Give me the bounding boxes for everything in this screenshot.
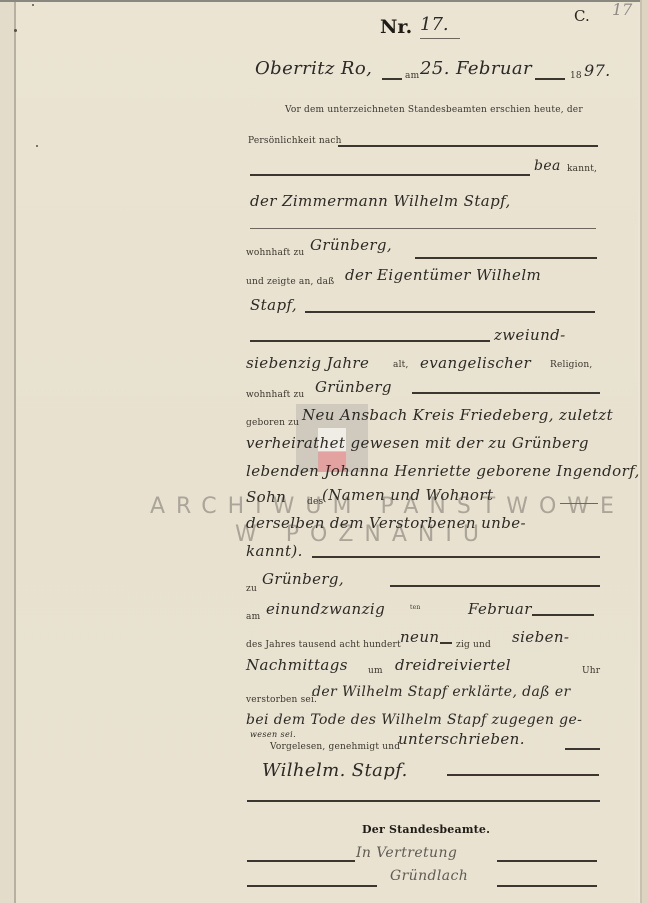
personality-label: Persönlichkeit nach (248, 136, 342, 146)
living-line-hand: lebenden Johanna Henriette geborene Inge… (246, 462, 640, 480)
son-printed: des (307, 497, 323, 507)
born-label: geboren zu (246, 418, 299, 428)
signed-rule (565, 748, 600, 750)
age-line-hand: siebenzig Jahre (246, 354, 369, 372)
informant-rule (250, 228, 596, 229)
residence2-rule (412, 392, 600, 394)
date-rule (535, 78, 565, 80)
intro-text: Vor dem unterzeichneten Standesbeamten e… (285, 105, 583, 115)
deceased-rule (305, 311, 595, 313)
deceased-line1-hand: der Eigentümer Wilhelm (345, 266, 541, 284)
residence-label: wohnhaft zu (246, 248, 304, 258)
personality-rule (338, 145, 598, 147)
year-suffix: 97. (584, 61, 611, 80)
year-printed-mid: zig und (456, 640, 491, 650)
am-label: am (405, 71, 419, 81)
age-rule (250, 340, 490, 342)
residence-hand: Grünberg, (310, 236, 392, 254)
registrar-title: Der Standesbeamte. (362, 823, 490, 836)
right-strip (642, 0, 648, 903)
paper-speck (32, 4, 34, 6)
parents-rule (560, 503, 598, 504)
death-place-rule (390, 585, 600, 587)
corner-letter: C. (574, 7, 590, 25)
paper-speck (14, 29, 17, 32)
death-month-rule (532, 614, 594, 616)
registrar2-rule-left (247, 885, 377, 887)
left-margin (0, 2, 14, 903)
signed-hand: unterschrieben. (398, 730, 525, 748)
death-day-label: am (246, 612, 260, 622)
parents-line3-rule (312, 556, 600, 558)
parents-line3-hand: kannt). (246, 542, 303, 560)
record-number-value: 17. (420, 14, 449, 35)
registrar-line2-hand: Gründlach (390, 868, 468, 884)
record-number-label: Nr. (380, 16, 412, 38)
died-printed: verstorben sei. (246, 695, 317, 705)
age-hand-end: zweiund- (494, 326, 566, 344)
number-rule (420, 38, 460, 39)
age-printed: alt, (393, 360, 409, 370)
known-hand: bea (534, 158, 561, 174)
registrar2-rule-right (497, 885, 597, 887)
declaration-line3-hand: wesen sei. (250, 730, 296, 739)
paper-speck (36, 145, 38, 147)
deceased-line2-hand: Stapf, (250, 296, 297, 314)
residence2-label: wohnhaft zu (246, 390, 304, 400)
registrar-line1-hand: In Vertretung (356, 845, 457, 861)
place-rule (382, 78, 402, 80)
known-printed: kannt, (567, 164, 597, 174)
death-day-suffix: ten (410, 604, 420, 611)
parents-line2-hand: derselben dem Verstorbenen unbe- (246, 514, 526, 532)
residence2-hand: Grünberg (315, 378, 392, 396)
declaration-line2-hand: bei dem Tode des Wilhelm Stapf zugegen g… (246, 712, 582, 728)
son-line-hand: Sohn (246, 488, 286, 506)
death-day-hand: einundzwanzig (266, 600, 385, 618)
time-hour-hand: dreidreiviertel (395, 656, 511, 674)
year-tens-rule (440, 642, 452, 644)
residence-rule (415, 257, 597, 259)
time-hand: Nachmittags (246, 656, 348, 674)
year-printed-prefix: des Jahres tausend acht hundert (246, 640, 401, 650)
year-hand-tens: neun (400, 628, 439, 646)
registrar-rule-left (247, 860, 355, 862)
parents-hand: (Namen und Wohnort (322, 486, 493, 504)
corner-pencil-number: 17 (612, 0, 632, 19)
signature-hand: Wilhelm. Stapf. (262, 760, 408, 781)
religion-printed: Religion, (550, 360, 592, 370)
declaration-hand: der Wilhelm Stapf erklärte, daß er (312, 684, 571, 700)
report-label: und zeigte an, daß (246, 277, 334, 287)
blank-rule (247, 800, 600, 802)
married-line-hand: verheirathet gewesen mit der zu Grünberg (246, 434, 589, 452)
year-prefix: 18 (570, 71, 582, 81)
time-printed: um (368, 666, 383, 676)
death-place-label: zu (246, 584, 257, 594)
read-label: Vorgelesen, genehmigt und (270, 742, 400, 752)
signature-rule (447, 774, 599, 776)
place-hand: Oberritz Ro, (255, 58, 372, 79)
death-month-hand: Februar (468, 600, 532, 618)
year-hand-units: sieben- (512, 628, 569, 646)
time-suffix: Uhr (582, 666, 600, 676)
registrar-rule-right (497, 860, 597, 862)
religion-hand: evangelischer (420, 354, 531, 372)
date-hand: 25. Februar (420, 58, 532, 79)
informant-hand: der Zimmermann Wilhelm Stapf, (250, 192, 511, 210)
known-rule (250, 174, 530, 176)
born-hand: Neu Ansbach Kreis Friedeberg, zuletzt (302, 406, 613, 424)
death-place-hand: Grünberg, (262, 570, 344, 588)
